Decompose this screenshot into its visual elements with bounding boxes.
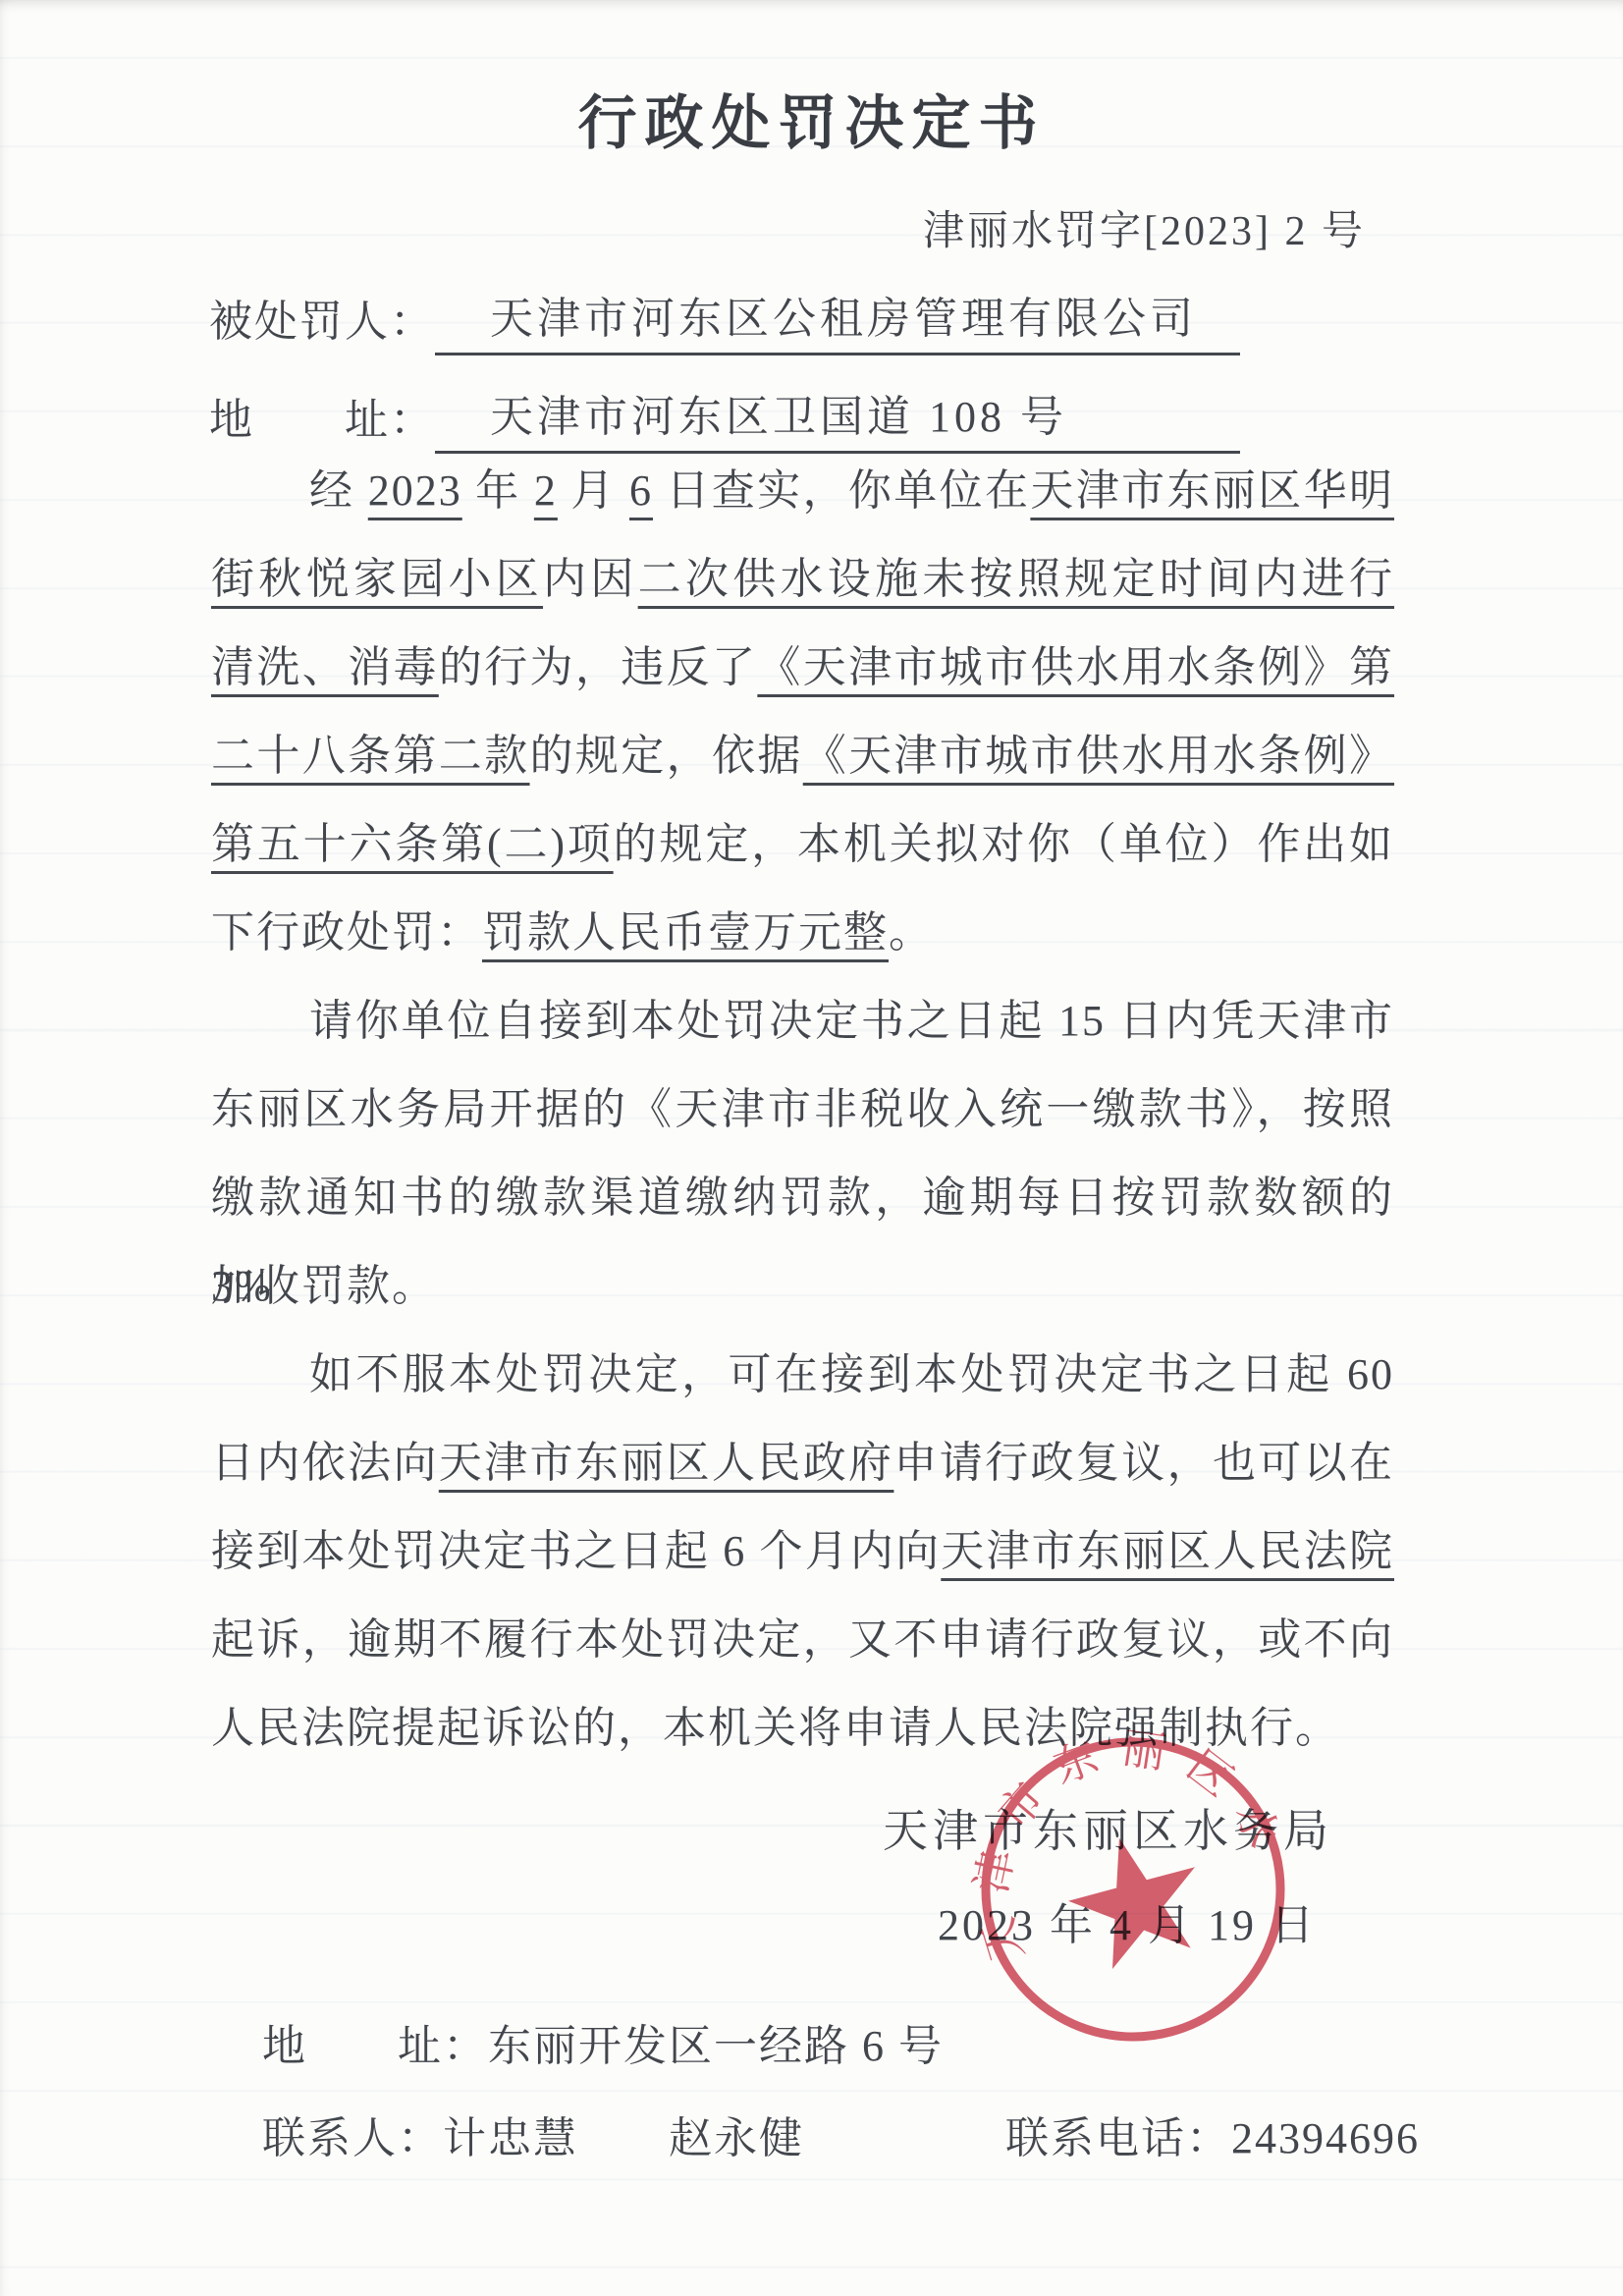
body-text: 如不服本处罚决定，可在接到本处罚决定书之日起 60 (309, 1350, 1394, 1398)
body-line: 街秋悦家园小区内因二次供水设施未按照规定时间内进行 (211, 535, 1394, 624)
body-line: 东丽区水务局开据的《天津市非税收入统一缴款书》，按照 (211, 1066, 1394, 1154)
underlined-text: 街秋悦家园小区 (211, 555, 543, 603)
underlined-text: 二次供水设施未按照规定时间内进行 (638, 555, 1394, 603)
footer-contact-label: 联系人： (262, 2114, 443, 2162)
penalized-party-label: 被处罚人： (209, 286, 435, 355)
address-value: 天津市河东区卫国道 108 号 (435, 381, 1240, 454)
address-label: 地 址： (209, 384, 435, 454)
body-text: 的规定，依据 (530, 732, 803, 780)
underlined-text: 2023 (368, 466, 462, 515)
body-text: 接到本处罚决定书之日起 6 个月内向 (211, 1527, 941, 1575)
body-line: 接到本处罚决定书之日起 6 个月内向天津市东丽区人民法院 (211, 1507, 1394, 1596)
document-title: 行政处罚决定书 (0, 77, 1623, 161)
body-text: 经 (309, 466, 368, 515)
body-line: 缴款通知书的缴款渠道缴纳罚款，逾期每日按罚款数额的 3% (211, 1154, 1394, 1242)
address-row: 地 址： 天津市河东区卫国道 108 号 (209, 381, 1240, 454)
body-line: 人民法院提起诉讼的，本机关将申请人民法院强制执行。 (211, 1684, 1394, 1773)
body-text: 东丽区水务局开据的《天津市非税收入统一缴款书》，按照 (211, 1085, 1394, 1133)
body-line: 起诉，逾期不履行本处罚决定，又不申请行政复议，或不向 (211, 1596, 1394, 1684)
underlined-text: 罚款人民币壹万元整 (482, 908, 889, 957)
body-text: 请你单位自接到本处罚决定书之日起 15 日内凭天津市 (309, 997, 1394, 1045)
body-line: 请你单位自接到本处罚决定书之日起 15 日内凭天津市 (211, 977, 1394, 1066)
footer-phone-label: 联系电话： (1005, 2114, 1231, 2162)
footer-phone-line: 联系电话：24394696 (954, 2052, 1420, 2215)
body-text: 起诉，逾期不履行本处罚决定，又不申请行政复议，或不向 (211, 1615, 1394, 1664)
body-line: 日内依法向天津市东丽区人民政府申请行政复议，也可以在 (211, 1419, 1394, 1507)
footer-contact-names: 计忠慧 赵永健 (443, 2114, 804, 2162)
body-text: 加收罚款。 (211, 1262, 437, 1310)
footer-phone-value: 24394696 (1231, 2114, 1420, 2162)
body-text: 。 (889, 908, 934, 957)
document-number: 津丽水罚字[2023] 2 号 (923, 198, 1366, 257)
underlined-text: 天津市东丽区华明 (1030, 466, 1394, 515)
underlined-text: 2 (534, 466, 558, 515)
body-text: 月 (558, 466, 629, 515)
issue-date: 2023 年 4 月 19 日 (938, 1889, 1317, 1952)
penalized-party-row: 被处罚人： 天津市河东区公租房管理有限公司 (209, 283, 1240, 355)
underlined-text: 《天津市城市供水用水条例》 (803, 732, 1394, 780)
body-line: 加收罚款。 (211, 1242, 1394, 1331)
body-text: 内因 (543, 555, 638, 603)
body-line: 经 2023 年 2 月 6 日查实，你单位在天津市东丽区华明 (211, 447, 1394, 535)
issuing-agency: 天津市东丽区水务局 (883, 1795, 1333, 1860)
underlined-text: 第五十六条第(二)项 (211, 820, 614, 868)
penalized-party-value: 天津市河东区公租房管理有限公司 (435, 283, 1240, 355)
underlined-text: 6 (629, 466, 653, 515)
decision-body: 经 2023 年 2 月 6 日查实，你单位在天津市东丽区华明街秋悦家园小区内因… (211, 447, 1394, 1773)
body-line: 清洗、消毒的行为，违反了《天津市城市供水用水条例》第 (211, 624, 1394, 712)
body-text: 下行政处罚： (211, 908, 482, 957)
underlined-text: 二十八条第二款 (211, 732, 530, 780)
body-text: 日查实，你单位在 (653, 466, 1030, 515)
underlined-text: 清洗、消毒 (211, 643, 439, 691)
body-line: 如不服本处罚决定，可在接到本处罚决定书之日起 60 (211, 1331, 1394, 1419)
body-text: 年 (462, 466, 534, 515)
body-line: 第五十六条第(二)项的规定，本机关拟对你（单位）作出如 (211, 800, 1394, 889)
body-text: 日内依法向 (211, 1439, 439, 1487)
footer-contacts-line: 联系人：计忠慧 赵永健 (211, 2052, 804, 2215)
scanned-penalty-decision-page: 行政处罚决定书 津丽水罚字[2023] 2 号 被处罚人： 天津市河东区公租房管… (0, 0, 1623, 2296)
body-text: 人民法院提起诉讼的，本机关将申请人民法院强制执行。 (211, 1704, 1340, 1752)
body-text: 申请行政复议，也可以在 (893, 1439, 1394, 1487)
body-line: 二十八条第二款的规定，依据《天津市城市供水用水条例》 (211, 712, 1394, 800)
underlined-text: 《天津市城市供水用水条例》第 (757, 643, 1394, 691)
body-text: 的行为，违反了 (439, 643, 758, 691)
underlined-text: 天津市东丽区人民法院 (941, 1527, 1394, 1575)
body-line: 下行政处罚：罚款人民币壹万元整。 (211, 889, 1394, 977)
body-text: 的规定，本机关拟对你（单位）作出如 (614, 820, 1394, 868)
underlined-text: 天津市东丽区人民政府 (439, 1439, 894, 1487)
